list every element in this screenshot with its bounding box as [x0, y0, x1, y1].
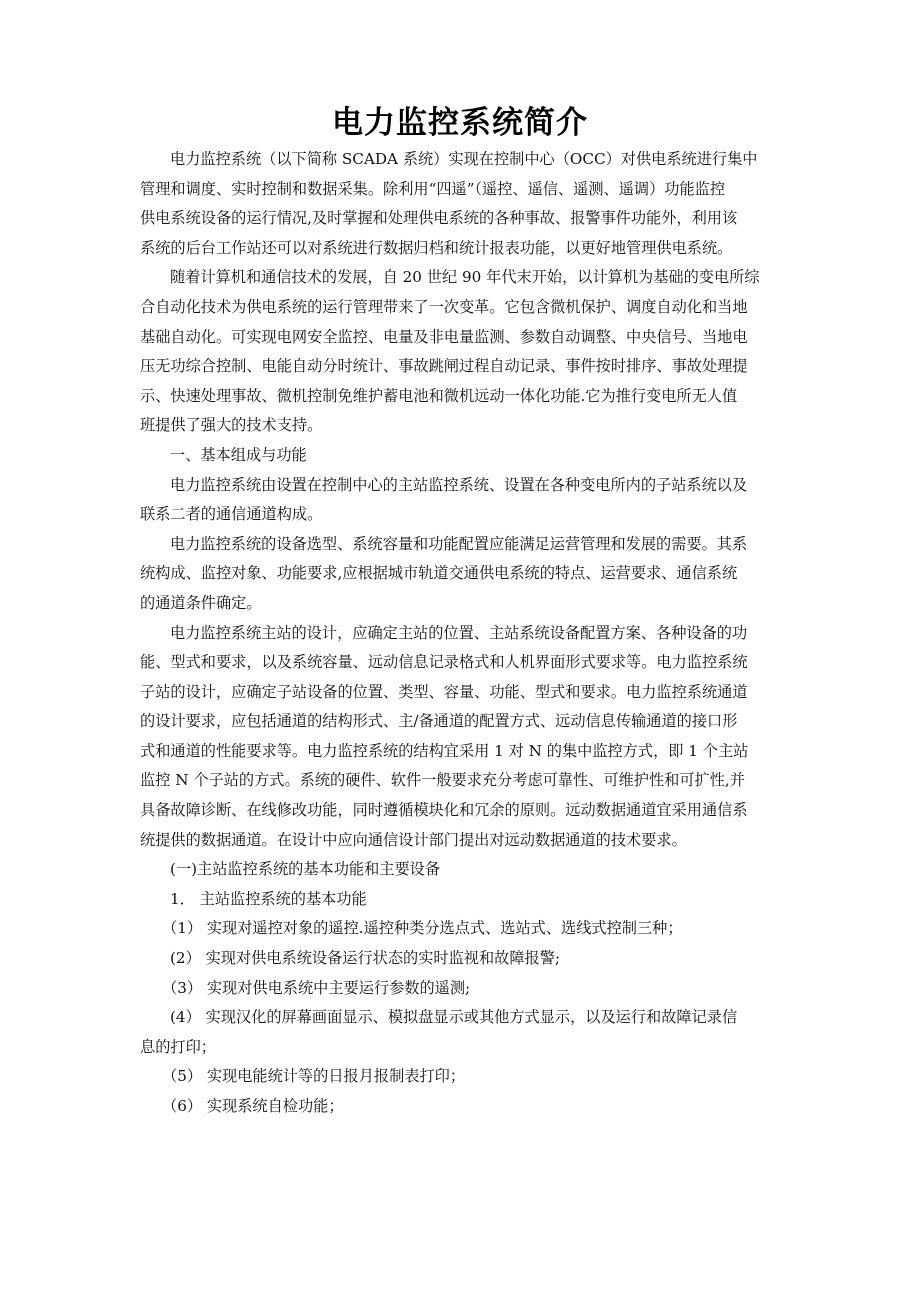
paragraph-line: 电力监控系统（以下简称 SCADA 系统）实现在控制中心（OCC）对供电系统进行…	[140, 145, 785, 175]
paragraph-line: 示、快速处理事故、微机控制免维护蓄电池和微机远动一体化功能.它为推行变电所无人值	[140, 382, 785, 412]
paragraph-line: 基础自动化。可实现电网安全监控、电量及非电量监测、参数自动调整、中央信号、当地电	[140, 323, 785, 353]
list-item: (4） 实现汉化的屏幕画面显示、模拟盘显示或其他方式显示，以及运行和故障记录信	[140, 1003, 785, 1033]
paragraph-line: 统提供的数据通道。在设计中应向通信设计部门提出对远动数据通道的技术要求。	[140, 826, 785, 856]
paragraph-line: 管理和调度、实时控制和数据采集。除利用“四遥”（遥控、遥信、遥测、遥调）功能监控	[140, 175, 785, 205]
subsection-heading: (一)主站监控系统的基本功能和主要设备	[140, 855, 785, 885]
document-body: 电力监控系统（以下简称 SCADA 系统）实现在控制中心（OCC）对供电系统进行…	[140, 145, 785, 1122]
list-item: （3） 实现对供电系统中主要运行参数的遥测;	[140, 974, 785, 1004]
paragraph-line: 系统的后台工作站还可以对系统进行数据归档和统计报表功能，以更好地管理供电系统。	[140, 234, 785, 264]
paragraph-line: 压无功综合控制、电能自动分时统计、事故跳闸过程自动记录、事件按时排序、事故处理提	[140, 352, 785, 382]
paragraph-line: 供电系统设备的运行情况,及时掌握和处理供电系统的各种事故、报警事件功能外，利用该	[140, 204, 785, 234]
list-item: （1） 实现对遥控对象的遥控.遥控种类分选点式、选站式、选线式控制三种；	[140, 914, 785, 944]
paragraph-line: 的通道条件确定。	[140, 589, 785, 619]
paragraph-line: 班提供了强大的技术支持。	[140, 411, 785, 441]
paragraph-line: 电力监控系统由设置在控制中心的主站监控系统、设置在各种变电所内的子站系统以及	[140, 471, 785, 501]
paragraph-line: 具备故障诊断、在线修改功能，同时遵循模块化和冗余的原则。远动数据通道宜采用通信系	[140, 796, 785, 826]
paragraph-line: 合自动化技术为供电系统的运行管理带来了一次变革。它包含微机保护、调度自动化和当地	[140, 293, 785, 323]
paragraph-line: 统构成、监控对象、功能要求,应根据城市轨道交通供电系统的特点、运营要求、通信系统	[140, 559, 785, 589]
section-heading: 一、基本组成与功能	[140, 441, 785, 471]
paragraph-line: 联系二者的通信通道构成。	[140, 500, 785, 530]
paragraph-line: 电力监控系统主站的设计，应确定主站的位置、主站系统设备配置方案、各种设备的功	[140, 619, 785, 649]
paragraph-line: 监控 N 个子站的方式。系统的硬件、软件一般要求充分考虑可靠性、可维护性和可扩性…	[140, 766, 785, 796]
paragraph-line: 随着计算机和通信技术的发展，自 20 世纪 90 年代末开始，以计算机为基础的变…	[140, 263, 785, 293]
list-item: (2） 实现对供电系统设备运行状态的实时监视和故障报警;	[140, 944, 785, 974]
paragraph-line: 电力监控系统的设备选型、系统容量和功能配置应能满足运营管理和发展的需要。其系	[140, 530, 785, 560]
paragraph-line: 式和通道的性能要求等。电力监控系统的结构宜采用 1 对 N 的集中监控方式，即 …	[140, 737, 785, 767]
list-item: （5） 实现电能统计等的日报月报制表打印；	[140, 1062, 785, 1092]
document-title: 电力监控系统简介	[0, 103, 920, 143]
numbered-heading: 1． 主站监控系统的基本功能	[140, 885, 785, 915]
paragraph-line: 的设计要求，应包括通道的结构形式、主/备通道的配置方式、远动信息传输通道的接口形	[140, 707, 785, 737]
list-item-continuation: 息的打印；	[140, 1033, 785, 1063]
paragraph-line: 能、型式和要求，以及系统容量、远动信息记录格式和人机界面形式要求等。电力监控系统	[140, 648, 785, 678]
paragraph-line: 子站的设计，应确定子站设备的位置、类型、容量、功能、型式和要求。电力监控系统通道	[140, 678, 785, 708]
document-page: 电力监控系统简介 电力监控系统（以下简称 SCADA 系统）实现在控制中心（OC…	[0, 0, 920, 1302]
list-item: （6） 实现系统自检功能；	[140, 1092, 785, 1122]
